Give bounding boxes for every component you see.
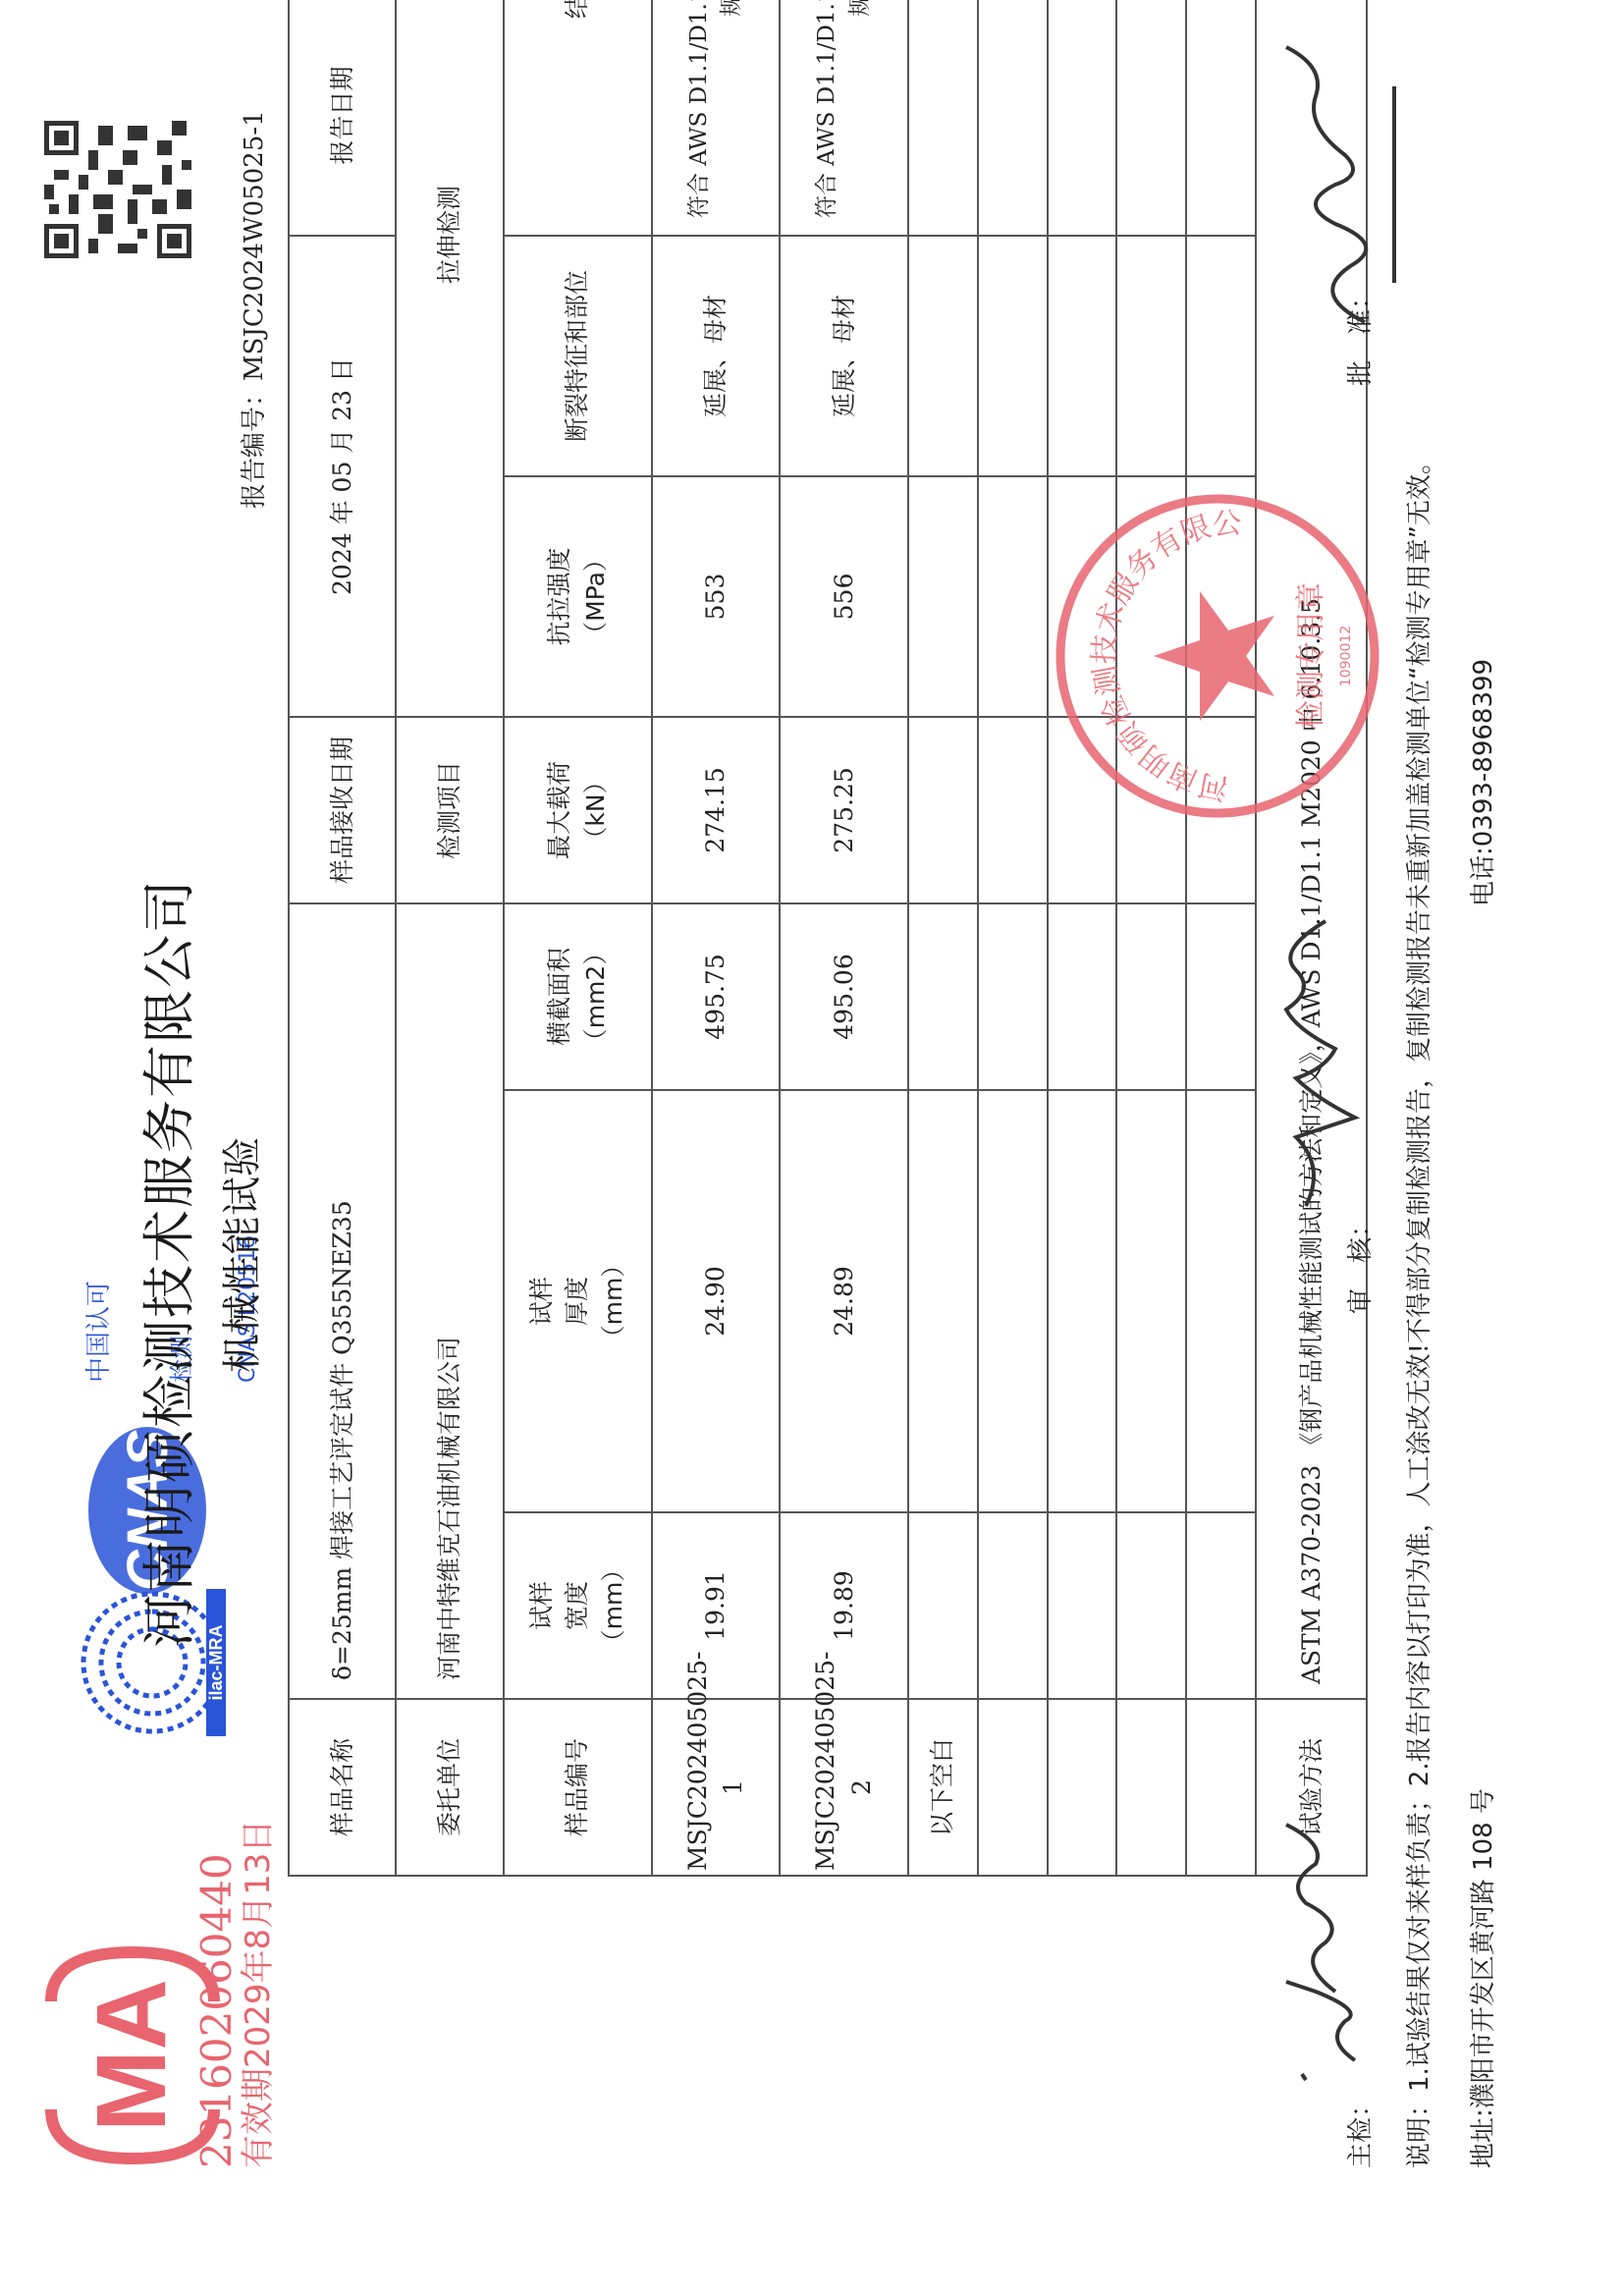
- report-number-label: 报告编号：: [240, 381, 269, 509]
- table-cell: [978, 0, 1048, 236]
- table-row: MSJC202405025-219.8924.89495.06275.25556…: [780, 0, 907, 1876]
- table-row: 以下空白: [908, 0, 978, 1876]
- svg-text:ilac-MRA: ilac-MRA: [206, 1624, 226, 1700]
- table-cell: [978, 1699, 1048, 1876]
- table-cell: [978, 236, 1048, 476]
- svg-text:检测专用章: 检测专用章: [1294, 582, 1328, 730]
- info-row-sample: 样品名称 δ=25mm 焊接工艺评定试件 Q355NEZ35 样品接收日期 20…: [289, 0, 396, 1876]
- table-row: [1048, 0, 1117, 1876]
- table-cell: 19.91: [652, 1512, 780, 1699]
- table-cell: [1186, 1512, 1256, 1699]
- client-label: 委托单位: [396, 1699, 503, 1876]
- column-header: 横截面积 （mm2）: [504, 903, 652, 1090]
- company-name: 河南明硕检测技术服务有限公司: [128, 878, 203, 1648]
- cma-code: 231602060440 有效期2029年8月13日: [196, 1820, 275, 2168]
- table-cell: 19.89: [780, 1512, 907, 1699]
- inspector-label: 主检：: [1340, 2092, 1377, 2168]
- test-items-label: 检测项目: [396, 717, 503, 903]
- table-cell: [1048, 0, 1117, 236]
- table-cell: [1116, 1512, 1186, 1699]
- table-cell: 275.25: [780, 717, 907, 903]
- info-row-client: 委托单位 河南中特维克石油机械有限公司 检测项目 拉伸检测: [396, 0, 503, 1876]
- column-header: 最大载荷 （kN）: [504, 717, 652, 903]
- table-cell: 495.06: [780, 903, 907, 1090]
- reviewer-label: 审 核：: [1340, 1212, 1377, 1314]
- table-cell: [908, 0, 978, 236]
- table-cell: 24.90: [652, 1090, 780, 1512]
- table-row: MSJC202405025-119.9124.90495.75274.15553…: [652, 0, 780, 1876]
- table-cell: 553: [652, 476, 780, 717]
- column-header: 抗拉强度 （MPa）: [504, 476, 652, 717]
- column-header: 断裂特征和部位: [504, 236, 652, 476]
- column-header-row: 样品编号试样 宽度 （mm）试样 厚度 （mm）横截面积 （mm2）最大载荷 （…: [504, 0, 652, 1876]
- footer-note: 说明：1.试验结果仅对来样负责；2.报告内容以打印为准，人工涂改无效!不得部分复…: [1399, 449, 1435, 2168]
- table-cell: [1048, 1512, 1117, 1699]
- column-header: 样品编号: [504, 1699, 652, 1876]
- table-cell: 495.75: [652, 903, 780, 1090]
- report-number-value: MSJC2024W05025-1: [240, 110, 269, 381]
- svg-text:MA: MA: [77, 1979, 187, 2132]
- cma-validity: 有效期2029年8月13日: [242, 1820, 275, 2168]
- test-items-value: 拉伸检测: [396, 0, 503, 717]
- table-cell: [1048, 1699, 1117, 1876]
- column-header: 试样 厚度 （mm）: [504, 1090, 652, 1512]
- reviewer-signature-icon: [1267, 902, 1394, 1226]
- test-results-table: 样品名称 δ=25mm 焊接工艺评定试件 Q355NEZ35 样品接收日期 20…: [288, 0, 1368, 1877]
- table-cell: 以下空白: [908, 1699, 978, 1876]
- cma-number: 231602060440: [196, 1820, 238, 2168]
- test-report-page: MA 231602060440 有效期2029年8月13日 ilac-MRA C…: [0, 0, 1623, 2296]
- report-date-label: 报告日期: [289, 0, 396, 236]
- table-cell: [908, 717, 978, 903]
- sample-name-label: 样品名称: [289, 1699, 396, 1876]
- table-cell: [1116, 0, 1186, 236]
- report-number: 报告编号：MSJC2024W05025-1: [234, 110, 270, 509]
- table-cell: [1186, 1699, 1256, 1876]
- table-cell: [1116, 1699, 1186, 1876]
- footer-address: 地址:濮阳市开发区黄河路 108 号: [1463, 1788, 1499, 2168]
- table-cell: 24.89: [780, 1090, 907, 1512]
- qr-code-icon: [39, 116, 196, 263]
- table-cell: 556: [780, 476, 907, 717]
- table-cell: MSJC202405025-2: [780, 1699, 907, 1876]
- table-cell: [908, 903, 978, 1090]
- table-cell: [1048, 236, 1117, 476]
- table-cell: 符合 AWS D1.1/D1.1M-2020 中 6.10.3.5 规定: [652, 0, 780, 236]
- table-cell: [978, 476, 1048, 717]
- table-cell: 274.15: [652, 717, 780, 903]
- table-cell: [1186, 903, 1256, 1090]
- table-cell: [1116, 1090, 1186, 1512]
- table-cell: [908, 1512, 978, 1699]
- table-cell: [908, 476, 978, 717]
- official-seal-stamp-icon: 河南明硕检测技术服务有限公司 检测专用章 1090012: [1051, 489, 1384, 823]
- sample-name-value: δ=25mm 焊接工艺评定试件 Q355NEZ35: [289, 903, 396, 1699]
- table-cell: 符合 AWS D1.1/D1.1M-2020 中 6.10.3.5 规定: [780, 0, 907, 236]
- table-cell: [978, 717, 1048, 903]
- receive-date-value: 2024 年 05 月 23 日: [289, 236, 396, 717]
- table-cell: [908, 236, 978, 476]
- table-cell: [1116, 236, 1186, 476]
- column-header: 结论: [504, 0, 652, 236]
- cnas-top-text: 中国认可: [79, 1281, 115, 1383]
- table-cell: MSJC202405025-1: [652, 1699, 780, 1876]
- footer-phone: 电话:0393-8968399: [1463, 659, 1499, 906]
- table-cell: [1186, 1090, 1256, 1512]
- column-header: 试样 宽度 （mm）: [504, 1512, 652, 1699]
- table-cell: [1048, 903, 1117, 1090]
- table-cell: [978, 1090, 1048, 1512]
- table-cell: [1048, 1090, 1117, 1512]
- inspector-signature-icon: [1276, 1805, 1384, 2100]
- table-cell: [908, 1090, 978, 1512]
- table-row: [978, 0, 1048, 1876]
- svg-text:1090012: 1090012: [1338, 626, 1354, 686]
- receive-date-label: 样品接收日期: [289, 717, 396, 903]
- report-title: 机械性能试验: [211, 1137, 267, 1373]
- table-row: [1186, 0, 1256, 1876]
- table-cell: [1116, 903, 1186, 1090]
- table-row: [1116, 0, 1186, 1876]
- table-cell: 延展、母材: [652, 236, 780, 476]
- client-value: 河南中特维克石油机械有限公司: [396, 903, 503, 1699]
- table-cell: [978, 1512, 1048, 1699]
- table-cell: [1186, 236, 1256, 476]
- table-cell: 延展、母材: [780, 236, 907, 476]
- table-cell: [978, 903, 1048, 1090]
- approver-signature-icon: [1276, 18, 1434, 342]
- table-cell: [1186, 0, 1256, 236]
